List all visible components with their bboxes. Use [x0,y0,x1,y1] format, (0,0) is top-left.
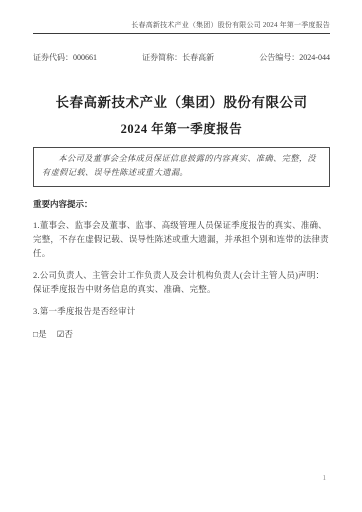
important-notice-heading: 重要内容提示： [33,198,330,210]
stock-code: 证券代码：000661 [33,52,97,63]
audit-option-yes-label: 是 [38,329,47,339]
stock-abbreviation: 证券简称：长春高新 [142,52,214,63]
report-page: 长春高新技术产业（集团）股份有限公司 2024 年第一季度报告 证券代码：000… [0,0,362,512]
page-number: 1 [323,474,327,482]
notice-item-1: 1.董事会、监事会及董事、监事、高级管理人员保证季度报告的真实、准确、完整，不存… [33,218,330,260]
announcement-number: 公告编号：2024-044 [259,52,330,63]
audit-option-no: ☑否 [57,329,73,339]
company-title: 长春高新技术产业（集团）股份有限公司 [33,91,330,111]
audit-answer-row: □是 ☑否 [33,328,330,340]
audit-option-yes: □是 [33,329,49,339]
notice-item-2: 2.公司负责人、主管会计工作负责人及会计机构负责人(会计主管人员)声明：保证季度… [33,268,330,296]
audit-option-no-label: 否 [64,329,73,339]
notice-item-3-audit-question: 3.第一季度报告是否经审计 [33,304,330,318]
board-declaration-box: 本公司及董事会全体成员保证信息披露的内容真实、准确、完整，没有虚假记载、误导性陈… [33,147,330,187]
report-subtitle: 2024 年第一季度报告 [33,119,330,137]
securities-meta-row: 证券代码：000661 证券简称：长春高新 公告编号：2024-044 [33,52,330,63]
running-header-title: 长春高新技术产业（集团）股份有限公司 2024 年第一季度报告 [33,21,330,30]
header-divider [33,33,330,34]
